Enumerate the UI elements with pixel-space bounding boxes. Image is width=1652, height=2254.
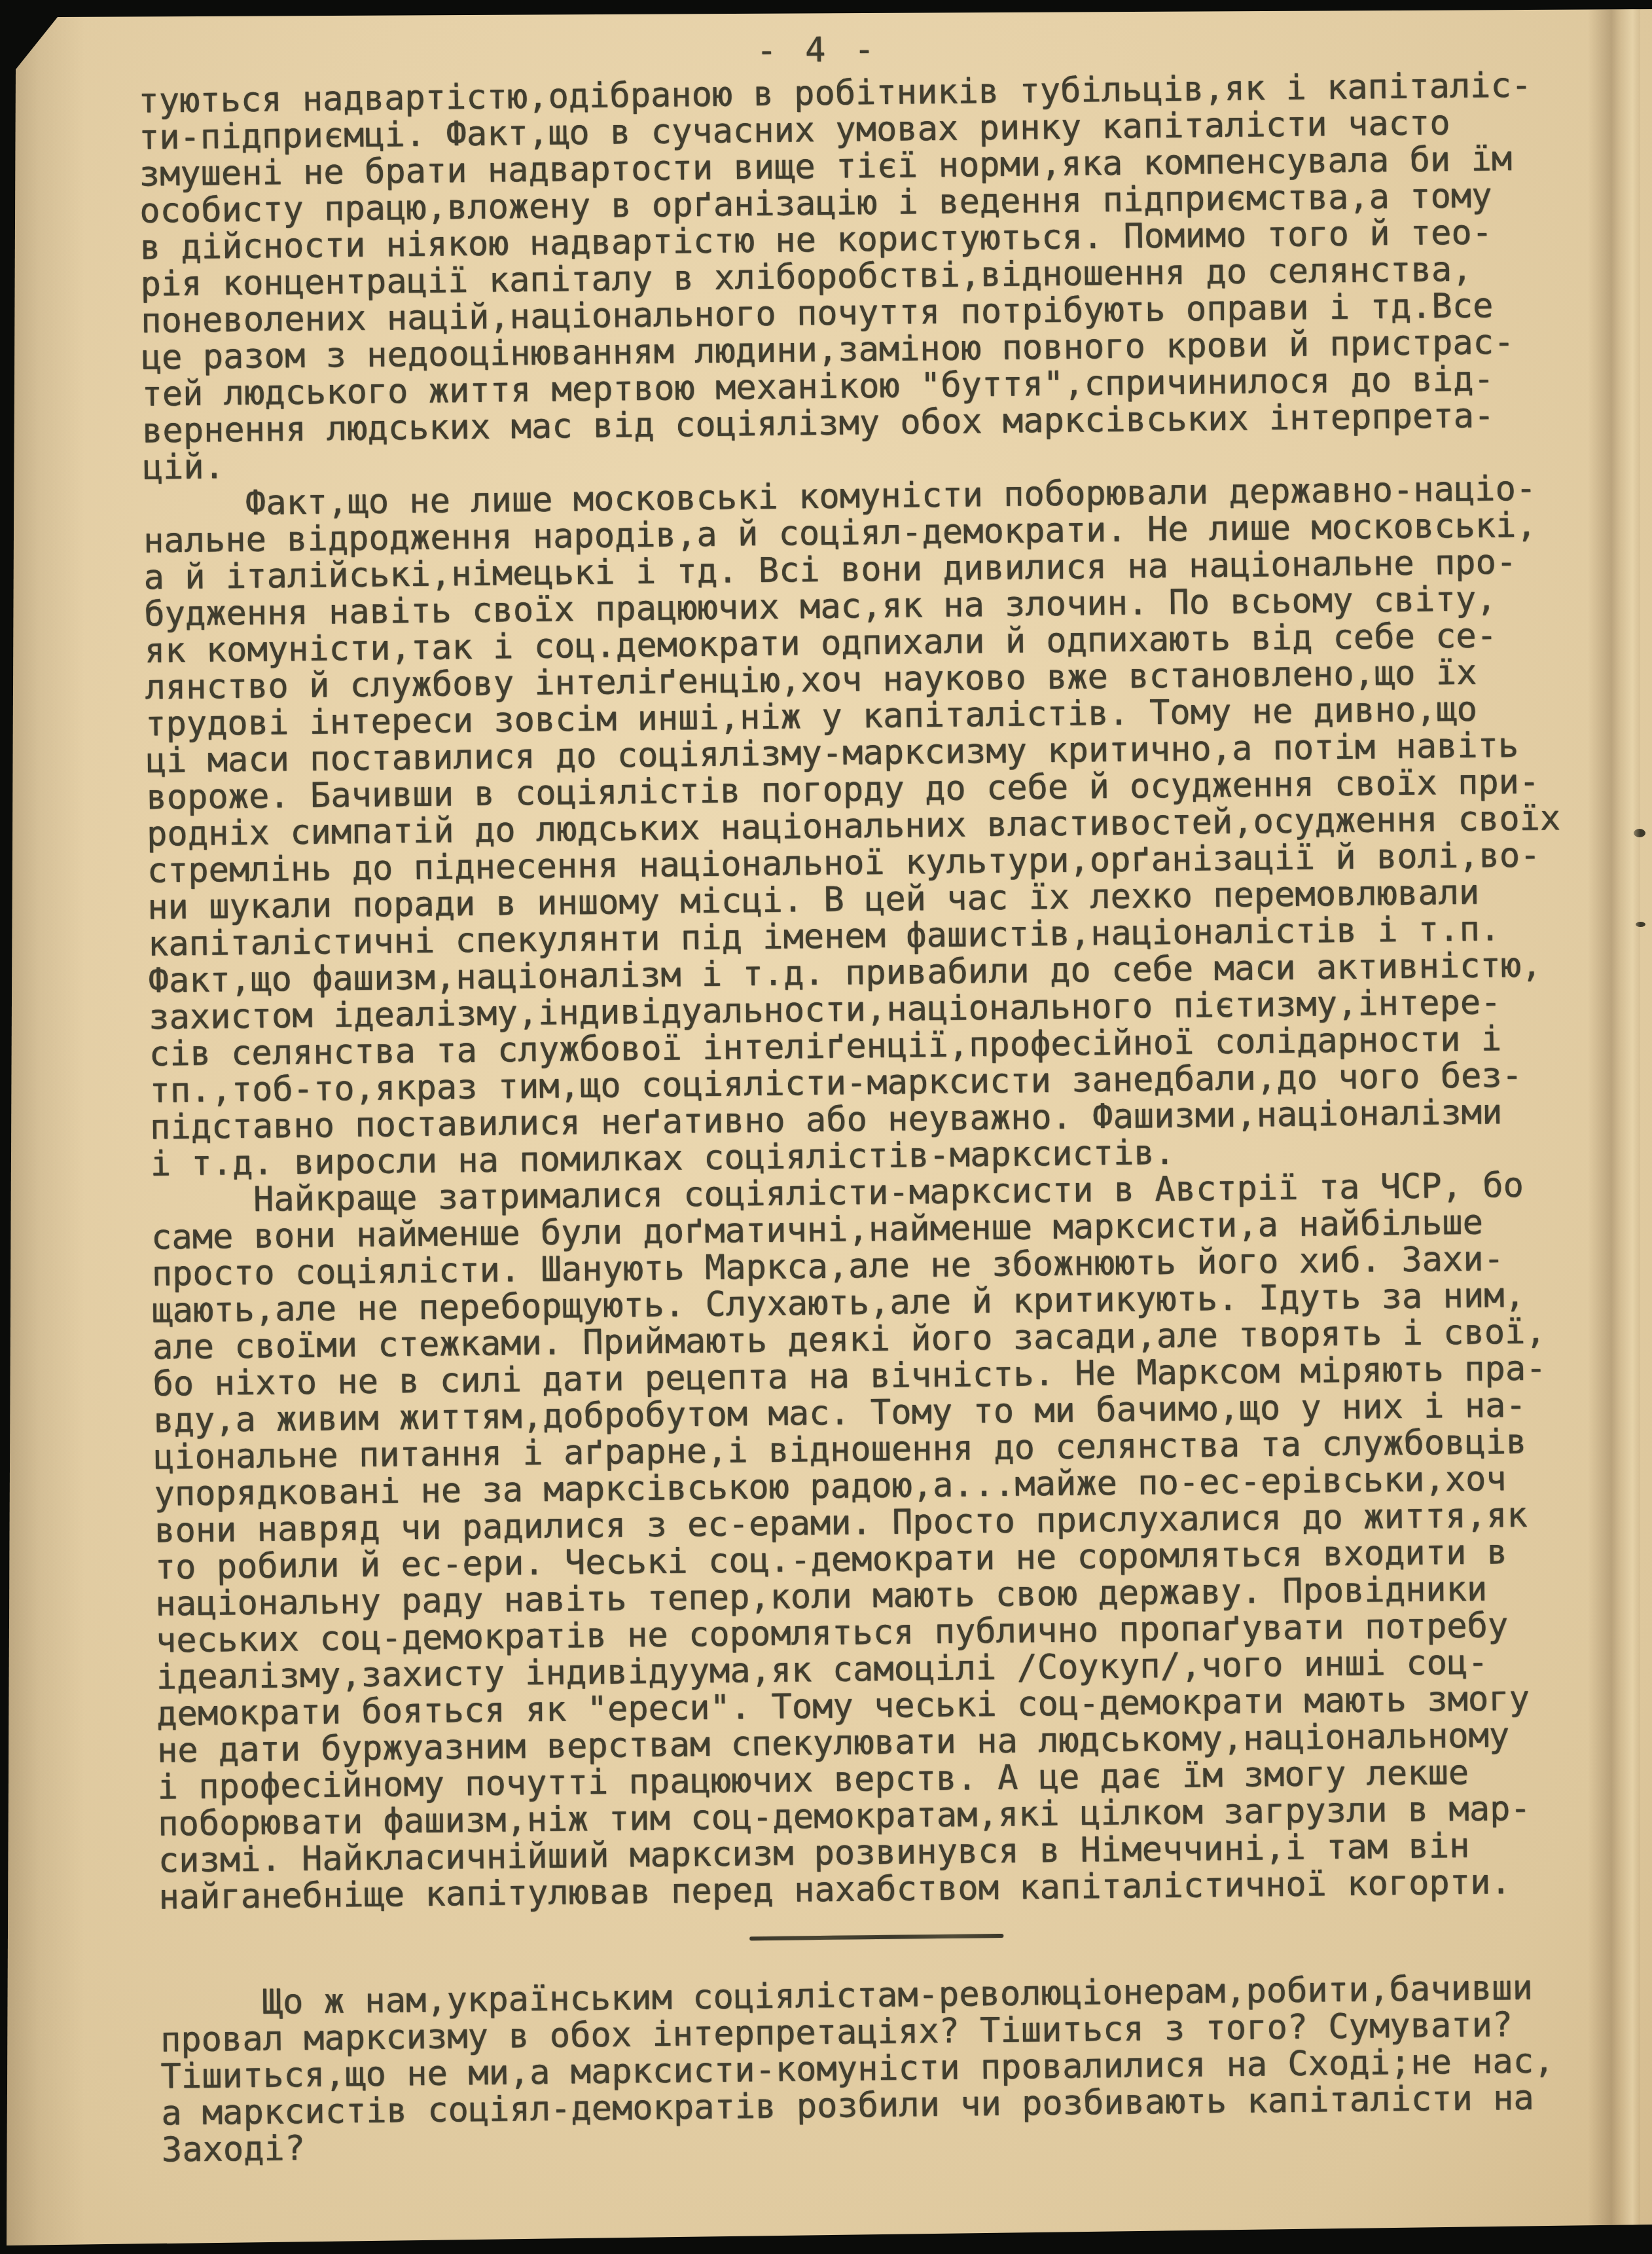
paragraph-1: туються надвартістю,одібраною в робітник… xyxy=(138,66,1596,486)
paragraph-4: Що ж нам,українським соціялістам-революц… xyxy=(160,1969,1615,2168)
paragraph-2: Факт,що не лише московські комуністи поб… xyxy=(143,469,1604,1182)
scanned-page: - 4 - туються надвартістю,одібраною в ро… xyxy=(0,0,1652,2254)
ink-speck xyxy=(1634,829,1645,837)
section-divider-line xyxy=(749,1934,1003,1940)
ink-speck xyxy=(1636,922,1645,927)
paper-sheet: - 4 - туються надвартістю,одібраною в ро… xyxy=(0,0,1652,2254)
paragraph-3: Найкраще затрималися соціялісти-марксист… xyxy=(151,1166,1612,1916)
typewritten-text-block: - 4 - туються надвартістю,одібраною в ро… xyxy=(137,23,1615,2168)
